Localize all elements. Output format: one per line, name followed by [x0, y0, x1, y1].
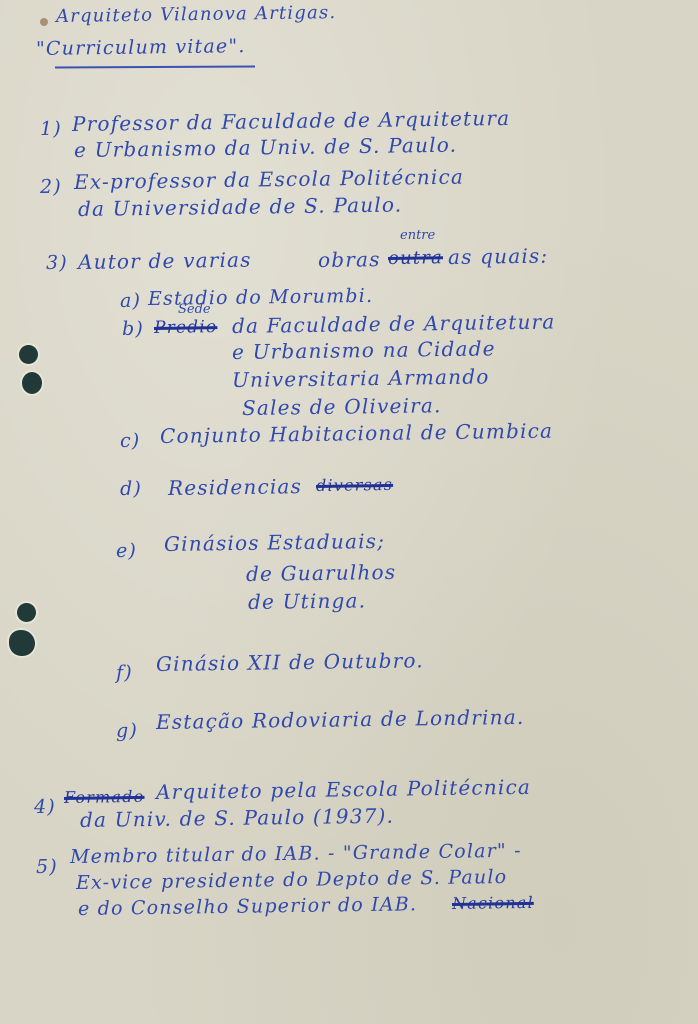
item-4-struck-word: Formado — [64, 787, 145, 807]
subitem-b-insert-above: Sede — [178, 302, 211, 317]
subitem-e-line-2: de Guarulhos — [246, 560, 397, 586]
item-4-line-2: da Univ. de S. Paulo (1937). — [80, 804, 394, 832]
subitem-f-text: Ginásio XII de Outubro. — [156, 648, 424, 676]
subitem-c-text: Conjunto Habitacional de Cumbica — [160, 419, 554, 448]
subitem-g-letter: g) — [116, 720, 138, 742]
subitem-a-letter: a) — [120, 290, 141, 312]
item-5-line-3: e do Conselho Superior do IAB. — [78, 893, 417, 920]
title-underline — [55, 65, 255, 68]
item-1-number: 1) — [40, 118, 62, 140]
document-title: "Curriculum vitae". — [36, 35, 246, 60]
item-3-number: 3) — [46, 252, 68, 274]
item-3-intro-before: Autor de varias — [78, 248, 252, 274]
item-5-line-2: Ex-vice presidente do Depto de S. Paulo — [76, 866, 508, 894]
subitem-e-line-3: de Utinga. — [248, 588, 367, 614]
subitem-b-letter: b) — [122, 318, 144, 340]
item-5-number: 5) — [36, 856, 58, 878]
subitem-g-text: Estação Rodoviaria de Londrina. — [156, 705, 525, 734]
subitem-d-letter: d) — [120, 478, 142, 500]
subitem-e-letter: e) — [116, 540, 137, 562]
item-4-line-1: Arquiteto pela Escola Politécnica — [156, 775, 531, 804]
item-2-line-2: da Universidade de S. Paulo. — [78, 192, 403, 221]
item-2-number: 2) — [40, 176, 62, 198]
item-1-line-1: Professor da Faculdade de Arquitetura — [72, 106, 511, 136]
item-3-intro-middle: obras — [318, 247, 381, 272]
manuscript-page: Arquiteto Vilanova Artigas. "Curriculum … — [0, 0, 698, 1024]
subitem-b-struck-word: Predio — [154, 317, 218, 338]
item-3-intro-after: as quais: — [448, 244, 549, 269]
item-5-line-1: Membro titular do IAB. - "Grande Colar" … — [70, 840, 522, 868]
punch-hole — [9, 630, 35, 656]
subitem-d-text: Residencias — [168, 474, 302, 500]
subitem-b-line-2: e Urbanismo na Cidade — [232, 336, 496, 364]
subitem-c-letter: c) — [120, 430, 141, 452]
punch-hole — [19, 345, 38, 364]
item-4-number: 4) — [34, 796, 56, 818]
item-3-insert-above: entre — [400, 228, 435, 243]
subitem-f-letter: f) — [116, 662, 133, 684]
subitem-b-line-3: Universitaria Armando — [232, 364, 490, 392]
subitem-b-line-1: da Faculdade de Arquitetura — [232, 309, 556, 338]
item-3-struck-word: outra — [388, 247, 443, 269]
author-line: Arquiteto Vilanova Artigas. — [56, 2, 337, 27]
subitem-e-line-1: Ginásios Estaduais; — [164, 529, 385, 556]
item-2-line-1: Ex-professor da Escola Politécnica — [74, 165, 464, 194]
ink-stain — [40, 18, 48, 26]
punch-hole — [17, 603, 36, 622]
item-5-struck-word: Nacional — [452, 893, 534, 913]
punch-hole — [22, 372, 42, 394]
item-1-line-2: e Urbanismo da Univ. de S. Paulo. — [74, 133, 458, 162]
subitem-b-line-4: Sales de Oliveira. — [242, 393, 442, 420]
subitem-d-struck-word: diversas — [316, 475, 393, 495]
